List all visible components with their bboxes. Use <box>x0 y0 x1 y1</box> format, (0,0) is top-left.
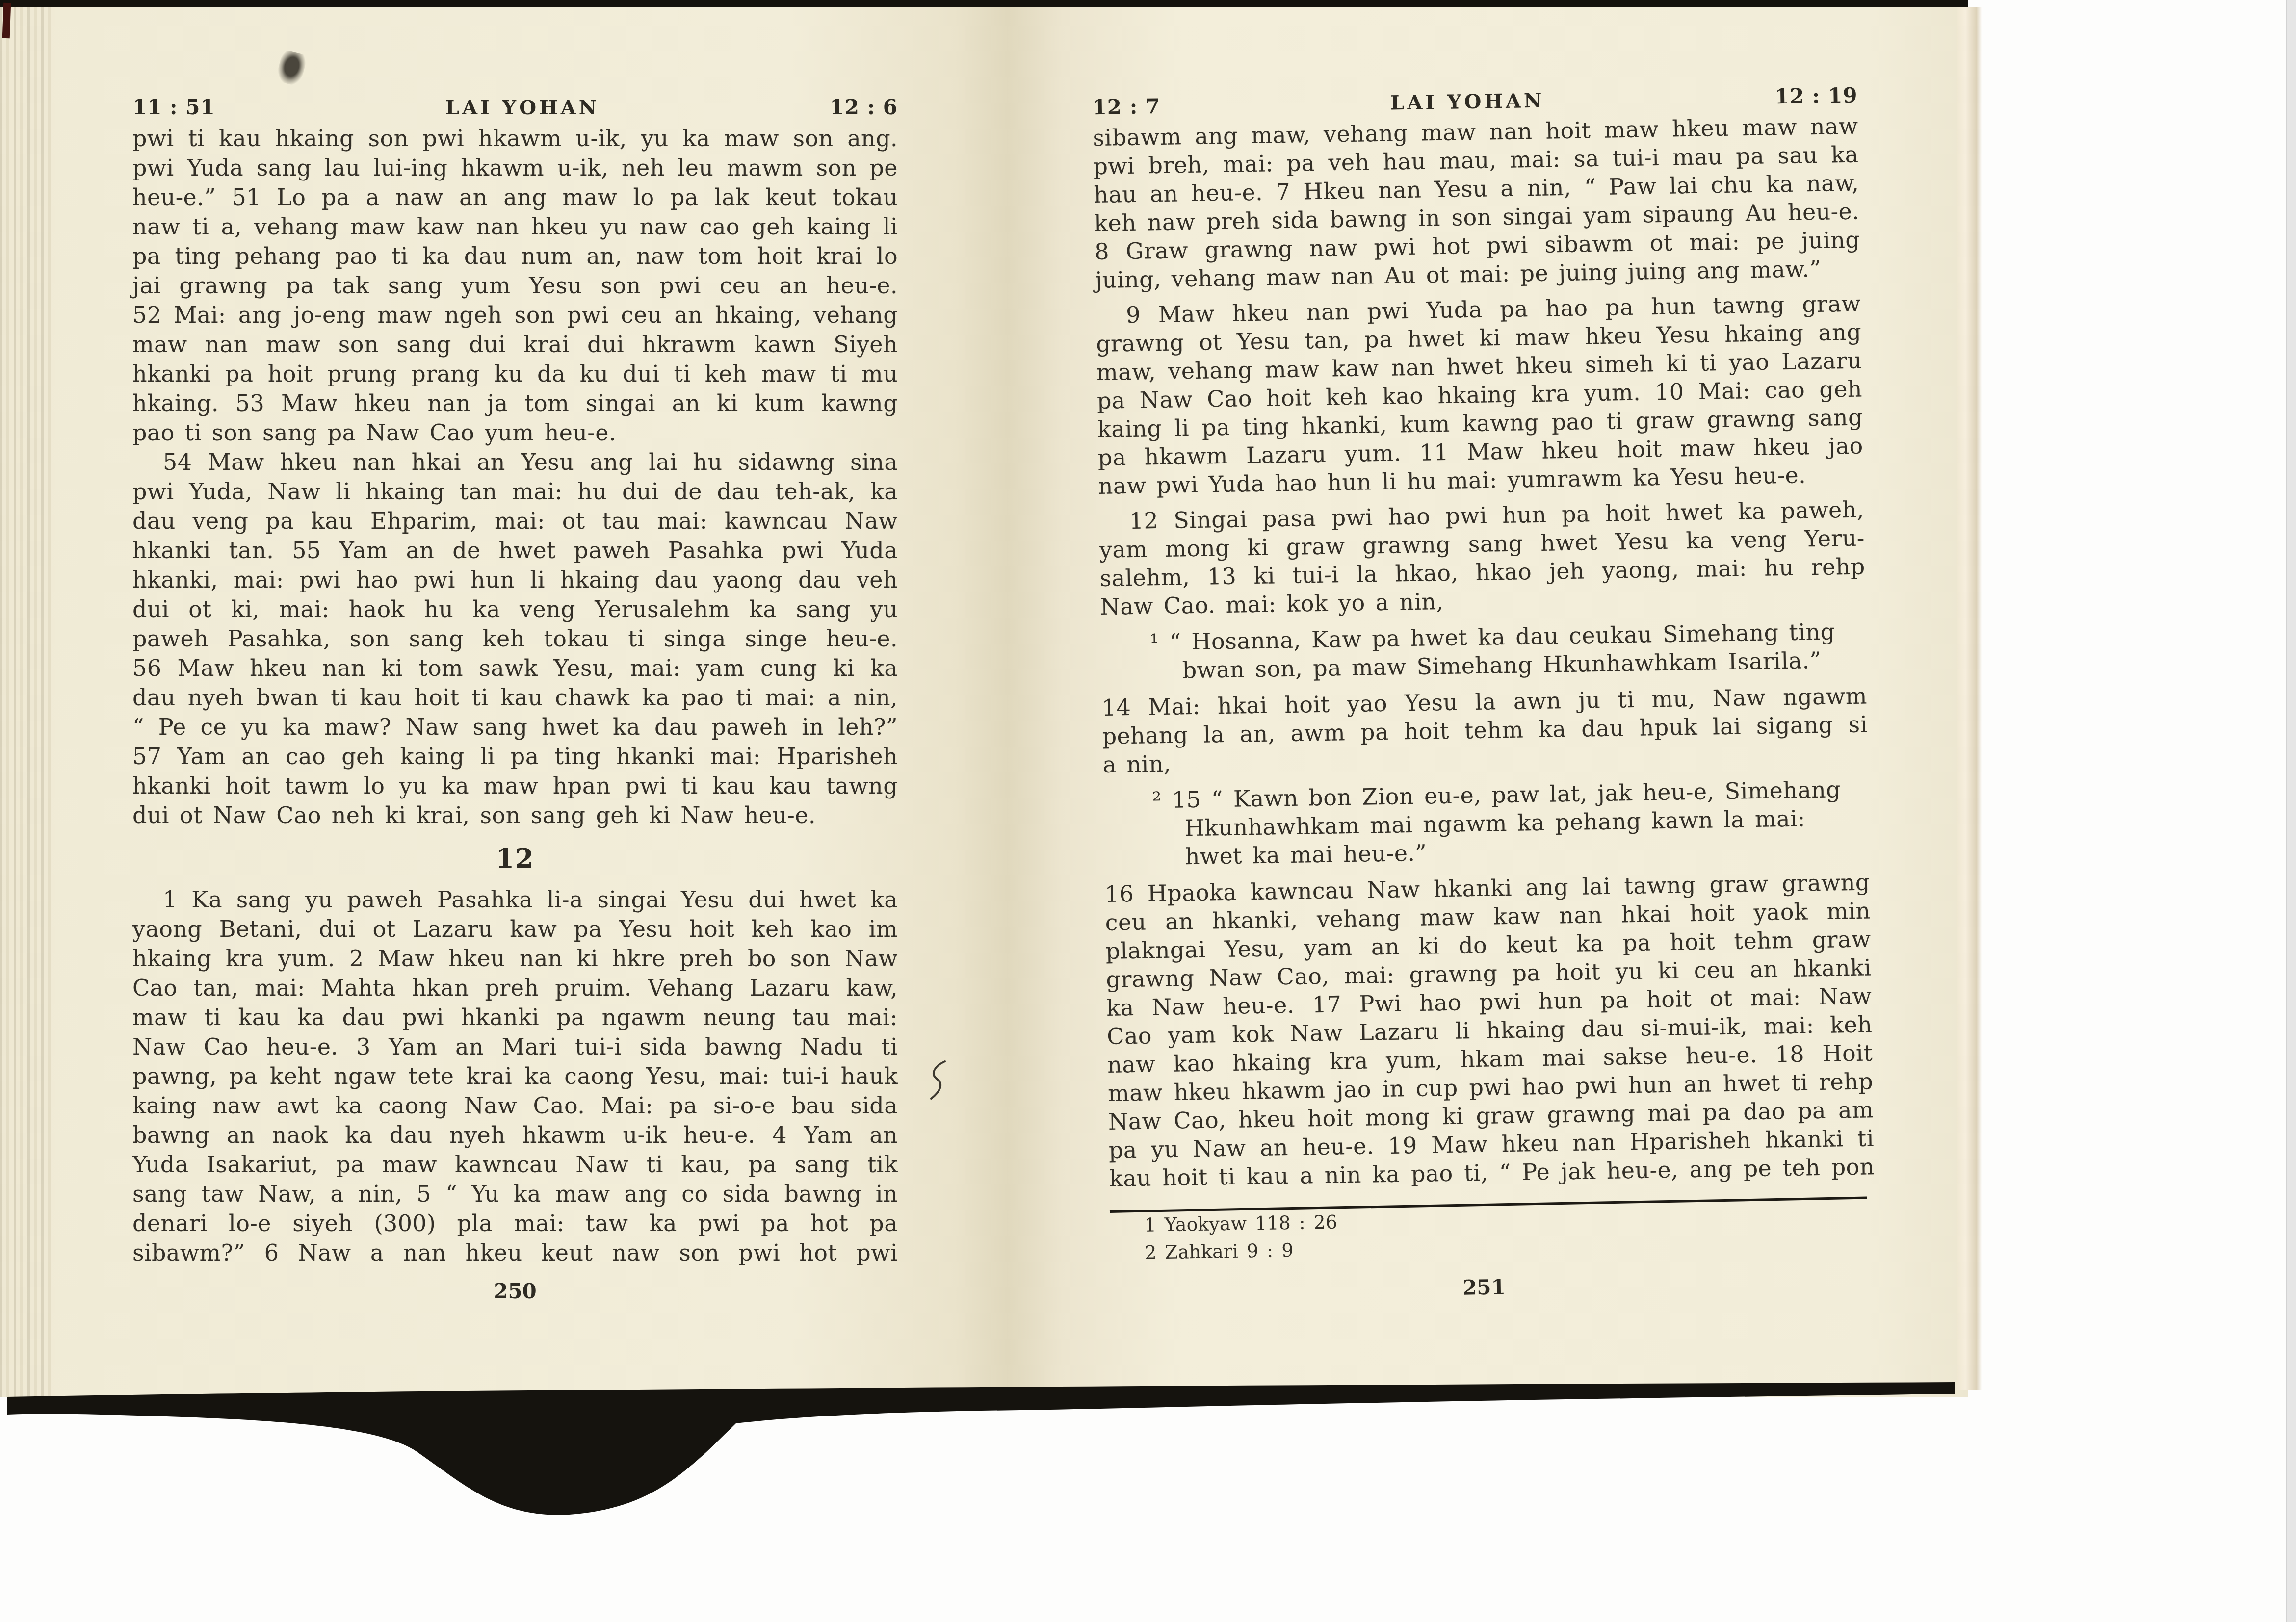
scan-artifact <box>2 3 11 38</box>
text-line: bawng an naok ka dau nyeh hkawm u-ik heu… <box>132 1120 898 1150</box>
left-page: 11 : 51 LAI YOHAN 12 : 6 pwi ti kau hkai… <box>132 96 898 1267</box>
header-verse-ref-left: 12 : 7 <box>1092 95 1160 119</box>
running-title: LAI YOHAN <box>445 96 600 120</box>
poetry-quote: ² 15 “ Kawn bon Zion eu-e, paw lat, jak … <box>1103 774 1870 872</box>
header-verse-ref-right: 12 : 19 <box>1774 84 1857 109</box>
page-stack-left-edge <box>0 7 55 1397</box>
text-line: hkanki, mai: pwi hao pwi hun li hkaing d… <box>132 565 898 594</box>
poetry-quote: ¹ “ Hosanna, Kaw pa hwet ka dau ceukau S… <box>1100 617 1867 686</box>
text-line: “ Pe ce yu ka maw? Naw sang hwet ka dau … <box>132 712 898 742</box>
text-line: dui ot ki, mai: haok hu ka veng Yerusale… <box>132 594 898 624</box>
book-scan: 11 : 51 LAI YOHAN 12 : 6 pwi ti kau hkai… <box>0 0 2296 1622</box>
text-line: hkaing. 53 Maw hkeu nan ja tom singai an… <box>132 388 898 418</box>
text-line: Naw Cao heu-e. 3 Yam an Mari tui-i sida … <box>132 1032 898 1061</box>
paragraph: pwi ti kau hkaing son pwi hkawm u-ik, yu… <box>132 124 898 447</box>
text-line: denari lo-e siyeh (300) pla mai: taw ka … <box>132 1209 898 1238</box>
book-bottom-edge <box>0 1368 1987 1574</box>
left-page-text: pwi ti kau hkaing son pwi hkawm u-ik, yu… <box>132 124 898 1267</box>
text-line: pwi Yuda sang lau lui-ing hkawm u-ik, ne… <box>132 153 898 182</box>
text-line: jai grawng pa tak sang yum Yesu son pwi … <box>132 271 898 300</box>
paragraph: 9 Maw hkeu nan pwi Yuda pa hao pa hun ta… <box>1096 289 1864 500</box>
text-line: hkaing kra yum. 2 Maw hkeu nan ki hkre p… <box>132 944 898 973</box>
right-page: 12 : 7 LAI YOHAN 12 : 19 sibawm ang maw,… <box>1092 84 1876 1267</box>
paragraph: 14 Mai: hkai hoit yao Yesu la awn ju ti … <box>1101 681 1868 778</box>
text-line: naw ti a, vehang maw kaw nan hkeu yu naw… <box>132 212 898 241</box>
paragraph: 16 Hpaoka kawncau Naw hkanki ang lai taw… <box>1104 868 1875 1192</box>
text-line: pwi Yuda, Naw li hkaing tan mai: hu dui … <box>132 477 898 506</box>
text-line: pawng, pa keht ngaw tete krai ka caong Y… <box>132 1061 898 1091</box>
text-line: hkanki tan. 55 Yam an de hwet paweh Pasa… <box>132 536 898 565</box>
text-line: kaing naw awt ka caong Naw Cao. Mai: pa … <box>132 1091 898 1120</box>
header-verse-ref-left: 11 : 51 <box>132 96 215 119</box>
text-line: dau veng pa kau Ehparim, mai: ot tau mai… <box>132 506 898 536</box>
paragraph: 12 Singai pasa pwi hao pwi hun pa hoit h… <box>1098 495 1865 621</box>
text-line: heu-e.” 51 Lo pa a naw an ang maw lo pa … <box>132 182 898 212</box>
text-line: maw nan maw son sang dui krai dui hkrawm… <box>132 330 898 359</box>
right-page-text: sibawm ang maw, vehang maw nan hoit maw … <box>1093 112 1875 1193</box>
text-line: 1 Ka sang yu paweh Pasahka li-a singai Y… <box>132 885 898 914</box>
text-line: pa ting pehang pao ti ka dau num an, naw… <box>132 241 898 271</box>
text-line: hkanki pa hoit prung prang ku da ku dui … <box>132 359 898 388</box>
text-line: 57 Yam an cao geh kaing li pa ting hkank… <box>132 742 898 771</box>
page-stack-right-edge <box>1957 7 1982 1390</box>
chapter-number: 12 <box>132 844 898 873</box>
page-number-left: 250 <box>132 1279 898 1303</box>
text-line: dau nyeh bwan ti kau hoit ti kau chawk k… <box>132 683 898 712</box>
text-line: 54 Maw hkeu nan hkai an Yesu ang lai hu … <box>132 447 898 477</box>
pen-squiggle <box>925 1059 951 1101</box>
book-top-edge <box>0 0 1968 7</box>
text-line: Yuda Isakariut, pa maw kawncau Naw ti ka… <box>132 1150 898 1179</box>
scanner-edge-strip <box>2286 0 2296 1622</box>
running-title: LAI YOHAN <box>1390 89 1545 115</box>
paragraph: 54 Maw hkeu nan hkai an Yesu ang lai hu … <box>132 447 898 830</box>
text-line: pao ti son sang pa Naw Cao yum heu-e. <box>132 418 898 447</box>
paragraph: 1 Ka sang yu paweh Pasahka li-a singai Y… <box>132 885 898 1267</box>
paragraph: sibawm ang maw, vehang maw nan hoit maw … <box>1093 112 1860 294</box>
footnotes: 1 Yaokyaw 118 : 262 Zahkari 9 : 9 <box>1110 1197 1876 1266</box>
text-line: paweh Pasahka, son sang keh tokau ti sin… <box>132 624 898 653</box>
text-line: hkanki hoit tawm lo yu ka maw hpan pwi t… <box>132 771 898 800</box>
text-line: pwi ti kau hkaing son pwi hkawm u-ik, yu… <box>132 124 898 153</box>
text-line: 52 Mai: ang jo-eng maw ngeh son pwi ceu … <box>132 300 898 330</box>
header-verse-ref-right: 12 : 6 <box>830 96 898 119</box>
text-line: maw ti kau ka dau pwi hkanki pa ngawm ne… <box>132 1003 898 1032</box>
text-line: Cao tan, mai: Mahta hkan preh pruim. Veh… <box>132 973 898 1003</box>
text-line: yaong Betani, dui ot Lazaru kaw pa Yesu … <box>132 914 898 944</box>
text-line: dui ot Naw Cao neh ki krai, son sang geh… <box>132 800 898 830</box>
text-line: sibawm?” 6 Naw a nan hkeu keut naw son p… <box>132 1238 898 1267</box>
text-line: 56 Maw hkeu nan ki tom sawk Yesu, mai: y… <box>132 653 898 683</box>
running-header: 11 : 51 LAI YOHAN 12 : 6 <box>132 96 898 120</box>
text-line: sang taw Naw, a nin, 5 “ Yu ka maw ang c… <box>132 1179 898 1209</box>
